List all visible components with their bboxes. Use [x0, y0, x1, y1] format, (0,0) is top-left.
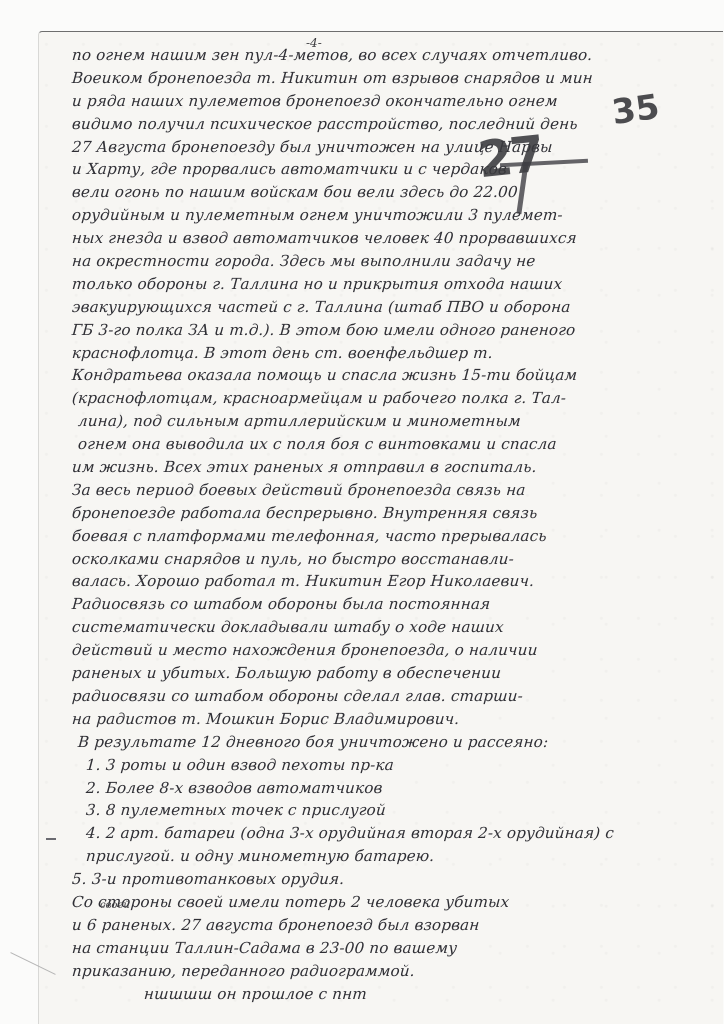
text-line: по огнем нашим зен пул-4-метов, во всех …: [71, 44, 723, 67]
text-line: систематически докладывали штабу о ходе …: [71, 616, 723, 639]
text-line: и Харту, где прорвались автоматчики и с …: [71, 158, 723, 181]
text-line: эвакуирующихся частей с г. Таллина (штаб…: [71, 296, 723, 319]
text-line: ных гнезда и взвод автоматчиков человек …: [71, 227, 723, 250]
handwritten-text-body: по огнем нашим зен пул-4-метов, во всех …: [72, 44, 722, 1005]
text-line: им жизнь. Всех этих раненых я отправил в…: [71, 456, 723, 479]
list-item-continuation: прислугой. и одну минометную батарею.: [71, 845, 723, 868]
text-line: валась. Хорошо работал т. Никитин Егор Н…: [71, 570, 723, 593]
text-line: В результате 12 дневного боя уничтожено …: [71, 731, 723, 754]
text-line: бронепоезде работала беспрерывно. Внутре…: [71, 502, 723, 525]
archive-page-number-upper: 35: [609, 87, 661, 133]
text-line: ГБ 3-го полка ЗА и т.д.). В этом бою име…: [71, 319, 723, 342]
text-line: только обороны г. Таллина но и прикрытия…: [71, 273, 723, 296]
text-line: орудийным и пулеметным огнем уничтожили …: [71, 204, 723, 227]
text-line: лина), под сильным артиллерийским и мино…: [71, 410, 723, 433]
text-line: действий и место нахождения бронепоезда,…: [71, 639, 723, 662]
text-line: на окрестности города. Здесь мы выполнил…: [71, 250, 723, 273]
text-line: огнем она выводила их с поля боя с винто…: [71, 433, 723, 456]
list-item: 1. 3 роты и один взвод пехоты пр-ка: [71, 754, 723, 777]
text-line: приказанию, переданного радиограммой.: [71, 960, 723, 983]
text-line: Кондратьева оказала помощь и спасла жизн…: [71, 364, 723, 387]
text-line: За весь период боевых действий бронепоез…: [71, 479, 723, 502]
list-item: 2. Более 8-х взводов автоматчиков: [71, 777, 723, 800]
text-line: боевая с платформами телефонная, часто п…: [71, 525, 723, 548]
text-line: радиосвязи со штабом обороны сделал глав…: [71, 685, 723, 708]
text-line: краснофлотца. В этот день ст. военфельдш…: [71, 342, 723, 365]
text-line: Со стороны своей имели потерь 2 человека…: [71, 891, 723, 914]
text-line: Воеиком бронепоезда т. Никитин от взрыво…: [71, 67, 723, 90]
text-line: Радиосвязь со штабом обороны была постоя…: [71, 593, 723, 616]
text-line: раненых и убитых. Большую работу в обесп…: [71, 662, 723, 685]
margin-insert-note: своей: [100, 900, 130, 911]
archive-page-number-lower: 27: [475, 125, 544, 189]
margin-dash-mark: [46, 838, 56, 840]
text-line: 27 Августа бронепоезду был уничтожен на …: [71, 136, 723, 159]
scanned-page-background: -4- по огнем нашим зен пул-4-метов, во в…: [0, 0, 724, 1024]
text-line: (краснофлотцам, красноармейцам и рабочег…: [71, 387, 723, 410]
list-item: 3. 8 пулеметных точек с прислугой: [71, 799, 723, 822]
text-line: на радистов т. Мошкин Борис Владимирович…: [71, 708, 723, 731]
text-line: вели огонь по нашим войскам бои вели зде…: [71, 181, 723, 204]
list-item: 5. 3-и противотанковых орудия.: [71, 868, 723, 891]
text-line: осколками снарядов и пуль, но быстро вос…: [71, 548, 723, 571]
text-line: на станции Таллин-Садама в 23-00 по ваше…: [71, 937, 723, 960]
text-line: ншшшш он прошлое с пнт: [71, 983, 723, 1006]
text-line: и 6 раненых. 27 августа бронепоезд был в…: [71, 914, 723, 937]
list-item: 4. 2 арт. батареи (одна 3-х орудийная вт…: [71, 822, 723, 845]
